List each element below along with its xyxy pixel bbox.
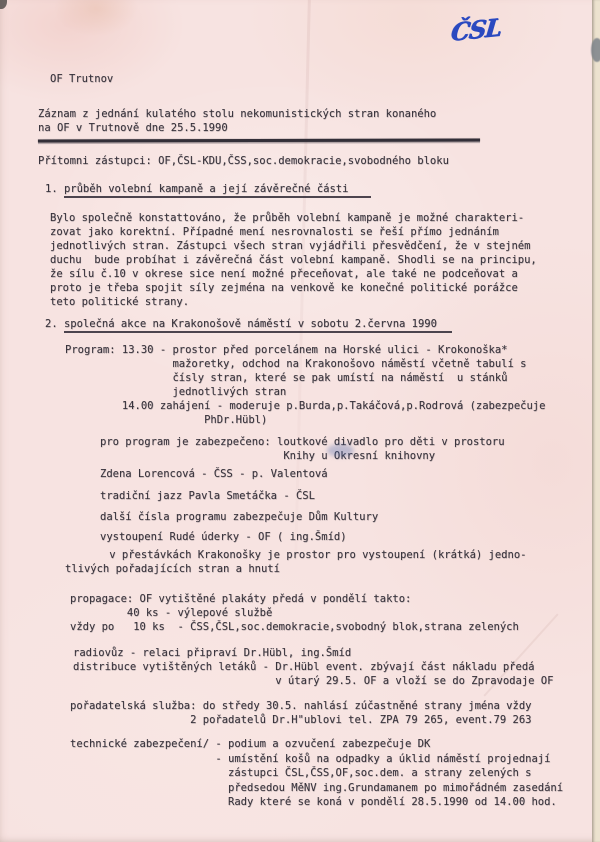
ink-smudge xyxy=(327,444,354,457)
section1-number: 1. xyxy=(45,183,64,195)
section2-heading: 2. společná akce na Krakonošově náměstí … xyxy=(45,317,452,331)
technical-block: technické zabezpečení/ - podium a ozvuče… xyxy=(70,737,563,810)
attendees-line: Přítomni zástupci: OF,ČSL-KDU,ČSS,soc.de… xyxy=(38,154,449,168)
paper-right-edge xyxy=(592,0,600,842)
org-line: OF Trutnov xyxy=(50,72,113,86)
stewards-block: pořadatelská služba: do středy 30.5. nah… xyxy=(70,699,531,727)
section1-body: Bylo společně konstattováno, že průběh v… xyxy=(50,211,537,309)
breaks-note: v přestávkách Krakonošky je prostor pro … xyxy=(65,548,526,576)
doc-title: Záznam z jednání kulatého stolu nekomuni… xyxy=(38,107,436,135)
handwritten-pen-mark: ČSL xyxy=(450,12,503,47)
performer-jazz: tradiční jazz Pavla Smetáčka - ČSL xyxy=(100,489,315,503)
radio-block: radiovůz - relaci připraví Dr.Hübl, ing.… xyxy=(73,646,553,688)
program-schedule: Program: 13.30 - prostor před porcelánem… xyxy=(65,343,545,427)
section2-title: společná akce na Krakonošově náměstí v s… xyxy=(64,318,452,333)
performer-of: vystoupení Rudé úderky - OF ( ing.Šmíd) xyxy=(100,530,347,544)
section1-title: průběh volební kampaně a její závěrečné … xyxy=(64,183,371,198)
posters-block: propagace: OF vytištěné plakáty předá v … xyxy=(70,592,519,634)
scan-corner-artifact xyxy=(0,0,7,9)
section1-heading: 1. průběh volební kampaně a její závěreč… xyxy=(45,182,371,196)
performer-dk: další čísla programu zabezpečuje Dům Kul… xyxy=(100,510,378,524)
scan-edge-artifact xyxy=(591,38,600,62)
title-rule xyxy=(38,139,480,143)
program-support: pro program je zabezpečeno: loutkové div… xyxy=(100,435,505,463)
performer-css: Zdena Lorencová - ČSS - p. Valentová xyxy=(100,467,328,481)
section2-number: 2. xyxy=(45,318,64,330)
scanned-document-page: ČSL OF Trutnov Záznam z jednání kulatého… xyxy=(0,0,600,842)
